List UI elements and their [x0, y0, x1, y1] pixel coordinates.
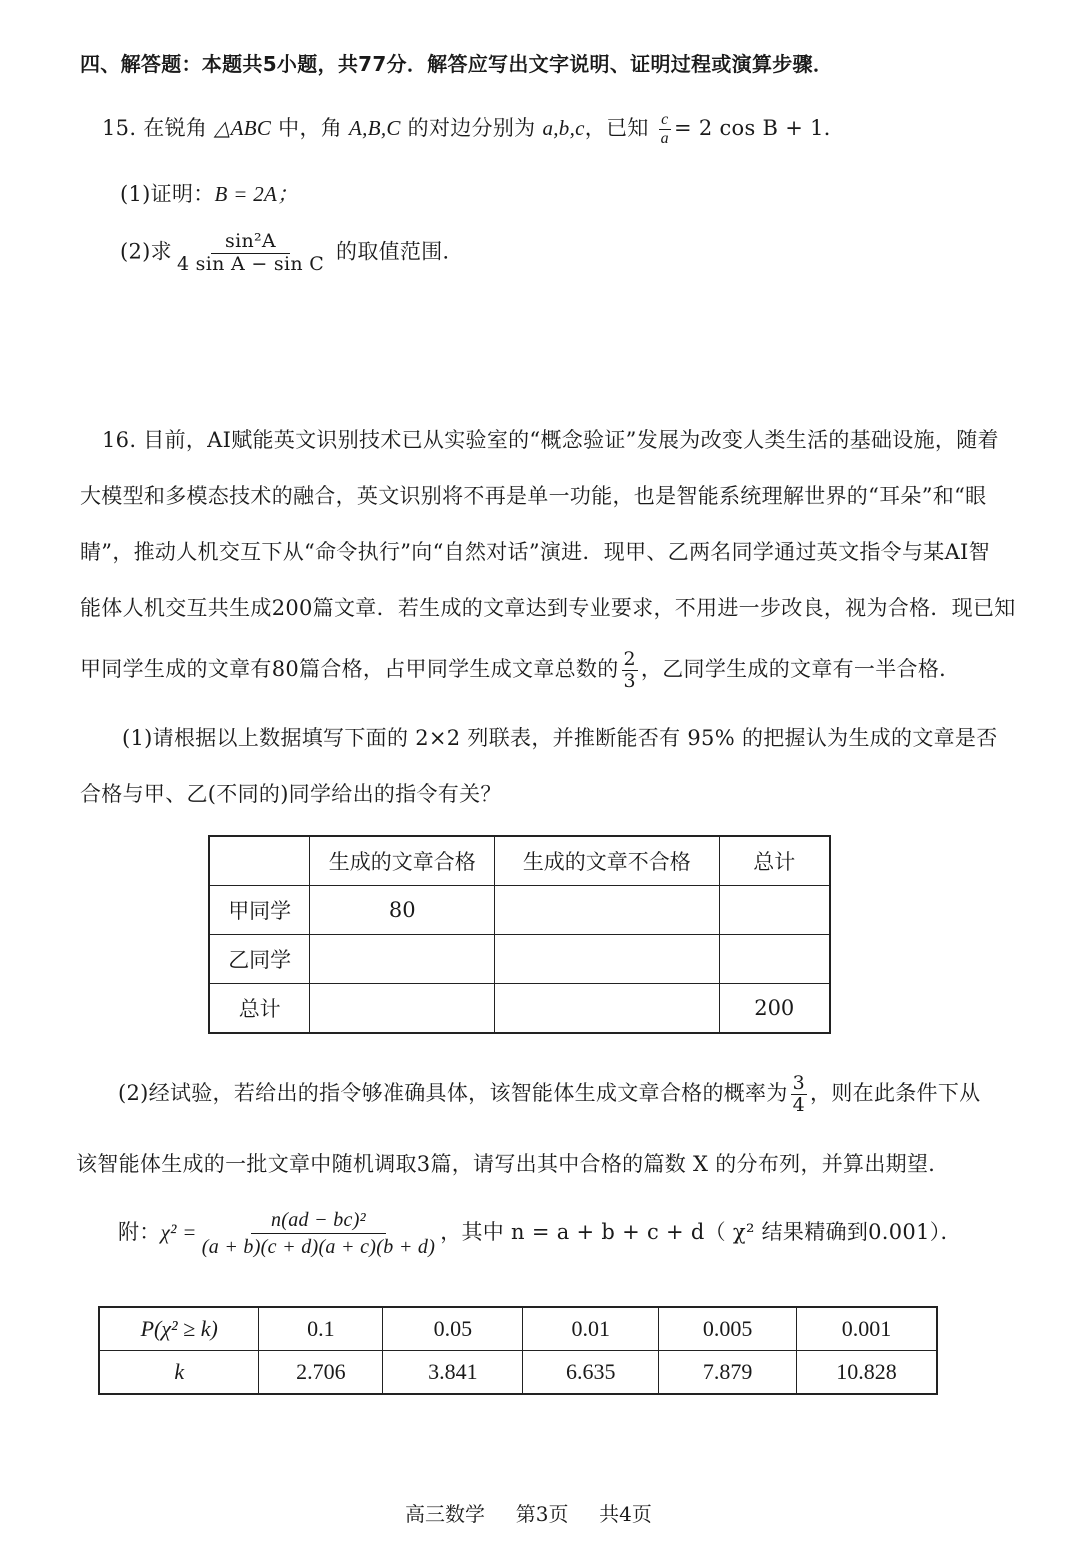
q15-part1-expr: B = 2A；: [215, 182, 299, 206]
chi-square-fraction: n(ad − bc)²(a + b)(c + d)(a + c)(b + d): [200, 1210, 437, 1257]
q16-part2-line2: 该智能体生成的一批文章中随机调取3篇，请写出其中合格的篇数 X 的分布列，并算出…: [76, 1148, 950, 1178]
q16-line-1: 16. 目前，AI赋能英文识别技术已从实验室的“概念验证”发展为改变人类生活的基…: [102, 424, 999, 454]
appendix-suffix: ，其中 n = a + b + c + d（ χ² 结果精确到0.001）．: [440, 1220, 962, 1244]
q16-line5-suffix: ，乙同学生成的文章有一半合格．: [641, 657, 961, 681]
table-cell: [495, 984, 719, 1034]
table-cell: 0.05: [383, 1307, 523, 1351]
q15-stem-mid: 中，角: [271, 116, 349, 140]
table-cell: [719, 886, 830, 935]
critical-value-table: P(χ² ≥ k) 0.1 0.05 0.01 0.005 0.001 k 2.…: [98, 1306, 938, 1395]
q15-stem-mid2: 的对边分别为: [401, 116, 543, 140]
frac-num: 3: [791, 1074, 807, 1095]
chi-square-formula: 附：χ² =n(ad − bc)²(a + b)(c + d)(a + c)(b…: [118, 1210, 962, 1257]
q16-line-4: 能体人机交互共生成200篇文章．若生成的文章达到专业要求，不用进一步改良，视为合…: [80, 592, 1016, 622]
table-cell: 80: [310, 886, 495, 935]
table-cell: 0.005: [659, 1307, 797, 1351]
table-cell: [495, 935, 719, 984]
q16-part1-line1: (1)请根据以上数据填写下面的 2×2 列联表，并推断能否有 95% 的把握认为…: [122, 722, 998, 752]
table-row: 乙同学: [209, 935, 830, 984]
table-cell: 0.01: [523, 1307, 659, 1351]
q15-triangle: △ABC: [214, 116, 271, 140]
q16-part2-line1: (2)经试验，若给出的指令够准确具体，该智能体生成文章合格的概率为34，则在此条…: [118, 1074, 980, 1115]
q15-stem-mid3: ，已知: [585, 116, 656, 140]
table-cell: 200: [719, 984, 830, 1034]
footer-subject: 高三数学: [405, 1502, 485, 1526]
table-cell: 6.635: [523, 1351, 659, 1395]
footer-total-pages: 共4页: [599, 1502, 652, 1526]
q15-frac-num: c: [659, 112, 670, 130]
chi-square-lhs: χ² =: [161, 1220, 197, 1244]
q16-two-thirds: 23: [622, 650, 638, 691]
chi-square-den: (a + b)(c + d)(a + c)(b + d): [200, 1234, 437, 1257]
table-header-cell: 生成的文章不合格: [495, 836, 719, 886]
table-cell: P(χ² ≥ k): [99, 1307, 259, 1351]
table-cell: 0.001: [796, 1307, 937, 1351]
q15-part2-num: sin²A: [211, 232, 290, 254]
table-cell: 2.706: [259, 1351, 383, 1395]
table-cell: [719, 935, 830, 984]
frac-den: 4: [791, 1095, 807, 1115]
q16-part2-suffix: ，则在此条件下从: [810, 1081, 980, 1105]
table-header-cell: [209, 836, 310, 886]
table-row: P(χ² ≥ k) 0.1 0.05 0.01 0.005 0.001: [99, 1307, 937, 1351]
frac-den: 3: [622, 671, 638, 691]
q15-angles: A,B,C: [349, 116, 401, 140]
table-cell: k: [99, 1351, 259, 1395]
q15-part2-suffix: 的取值范围．: [329, 240, 464, 264]
q15-part1-label: (1)证明：: [120, 182, 215, 206]
table-cell: 3.841: [383, 1351, 523, 1395]
q16-line5-prefix: 甲同学生成的文章有80篇合格，占甲同学生成文章总数的: [80, 657, 619, 681]
q16-part1-line2: 合格与甲、乙(不同的)同学给出的指令有关？: [80, 778, 502, 808]
q15-part2-den: 4 sin A − sin C: [175, 254, 326, 274]
q15-fraction: ca: [659, 112, 671, 147]
table-cell: 10.828: [796, 1351, 937, 1395]
table-row: k 2.706 3.841 6.635 7.879 10.828: [99, 1351, 937, 1395]
appendix-label: 附：: [118, 1220, 161, 1244]
table-cell: [310, 935, 495, 984]
q15-part2-label: (2)求: [120, 240, 172, 264]
section-header: 四、解答题：本题共5小题，共77分．解答应写出文字说明、证明过程或演算步骤．: [80, 48, 833, 77]
table-row: 甲同学 80: [209, 886, 830, 935]
q15-stem: 15. 在锐角 △ABC 中，角 A,B,C 的对边分别为 a,b,c，已知 c…: [102, 112, 845, 147]
q15-stem-prefix: 15. 在锐角: [102, 116, 214, 140]
table-cell: 7.879: [659, 1351, 797, 1395]
q16-line-5: 甲同学生成的文章有80篇合格，占甲同学生成文章总数的23，乙同学生成的文章有一半…: [80, 650, 960, 691]
q15-part1: (1)证明：B = 2A；: [120, 178, 298, 208]
page-footer: 高三数学 第3页 共4页: [405, 1498, 652, 1527]
q16-three-quarters: 34: [791, 1074, 807, 1115]
table-cell: 总计: [209, 984, 310, 1034]
table-cell: [495, 886, 719, 935]
table-header-cell: 生成的文章合格: [310, 836, 495, 886]
table-header-cell: 总计: [719, 836, 830, 886]
table-cell: 0.1: [259, 1307, 383, 1351]
q16-line-3: 睛”，推动人机交互下从“命令执行”向“自然对话”演进．现甲、乙两名同学通过英文指…: [80, 536, 990, 566]
q15-sides: a,b,c: [542, 116, 584, 140]
footer-page-number: 第3页: [516, 1502, 569, 1526]
contingency-table: 生成的文章合格 生成的文章不合格 总计 甲同学 80 乙同学 总计 200: [208, 835, 831, 1034]
q16-part2-prefix: (2)经试验，若给出的指令够准确具体，该智能体生成文章合格的概率为: [118, 1081, 788, 1105]
table-cell: 甲同学: [209, 886, 310, 935]
table-header-row: 生成的文章合格 生成的文章不合格 总计: [209, 836, 830, 886]
q15-frac-den: a: [659, 130, 671, 147]
table-row: 总计 200: [209, 984, 830, 1034]
q15-part2: (2)求sin²A4 sin A − sin C 的取值范围．: [120, 232, 464, 274]
table-cell: 乙同学: [209, 935, 310, 984]
q15-equation: = 2 cos B + 1．: [674, 116, 845, 140]
table-cell: [310, 984, 495, 1034]
chi-square-num: n(ad − bc)²: [251, 1210, 386, 1234]
q15-part2-fraction: sin²A4 sin A − sin C: [175, 232, 326, 274]
q16-line-2: 大模型和多模态技术的融合，英文识别将不再是单一功能，也是智能系统理解世界的“耳朵…: [80, 480, 986, 510]
frac-num: 2: [622, 650, 638, 671]
